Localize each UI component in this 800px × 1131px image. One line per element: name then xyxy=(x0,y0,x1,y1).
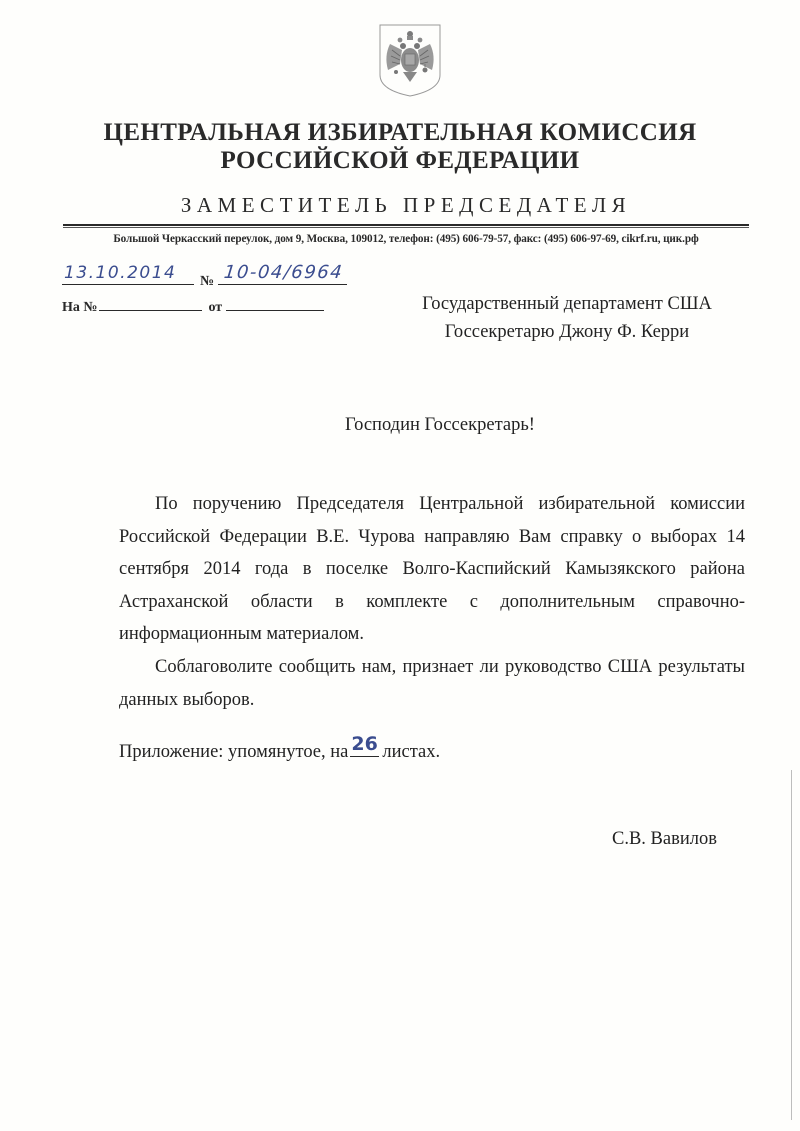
salutation: Господин Госсекретарь! xyxy=(0,415,800,436)
body-paragraph-1-text: По поручению Председателя Центральной из… xyxy=(119,488,745,651)
header-divider-thin xyxy=(63,227,749,228)
position-title: ЗАМЕСТИТЕЛЬ ПРЕДСЕДАТЕЛЯ xyxy=(0,193,800,218)
outgoing-date-handwritten: 13.10.2014 xyxy=(64,263,176,283)
attachment-pages-handwritten: 26 xyxy=(351,733,377,755)
scan-edge-line xyxy=(791,770,792,1120)
header-divider xyxy=(63,224,749,226)
attachment-line: Приложение: упомянутое, на26листах. xyxy=(119,738,440,763)
reference-number-field xyxy=(99,292,202,311)
contact-address: Большой Черкасский переулок, дом 9, Моск… xyxy=(0,233,800,245)
body-paragraph-2-text: Соблаговолите сообщить нам, признает ли … xyxy=(119,651,745,716)
reference-registration-row: На №от xyxy=(62,292,324,316)
organization-name-line2: РОССИЙСКОЙ ФЕДЕРАЦИИ xyxy=(0,146,800,176)
reference-number-label: На № xyxy=(62,300,97,315)
attachment-suffix: листах. xyxy=(382,742,440,762)
outgoing-number-field: 10-04/6964 xyxy=(218,266,347,285)
reference-date-field xyxy=(226,292,324,311)
recipient-organization: Государственный департамент США xyxy=(422,290,712,318)
body-paragraph-1: По поручению Председателя Центральной из… xyxy=(119,488,745,651)
recipient-block: Государственный департамент США Госсекре… xyxy=(422,290,712,346)
outgoing-registration-row: 13.10.2014 № 10-04/6964 xyxy=(62,266,347,290)
attachment-pages-field: 26 xyxy=(350,738,379,757)
reference-date-label: от xyxy=(208,300,222,315)
signatory-name: С.В. Вавилов xyxy=(612,829,717,850)
attachment-prefix: Приложение: упомянутое, на xyxy=(119,742,348,762)
body-paragraph-2: Соблаговолите сообщить нам, признает ли … xyxy=(119,651,745,716)
number-label: № xyxy=(200,274,214,289)
recipient-person: Госсекретарю Джону Ф. Керри xyxy=(422,318,712,346)
outgoing-date-field: 13.10.2014 xyxy=(62,266,194,285)
state-emblem-icon xyxy=(370,20,450,100)
outgoing-number-handwritten: 10-04/6964 xyxy=(223,262,344,283)
organization-name-line1: ЦЕНТРАЛЬНАЯ ИЗБИРАТЕЛЬНАЯ КОМИССИЯ xyxy=(0,118,800,148)
